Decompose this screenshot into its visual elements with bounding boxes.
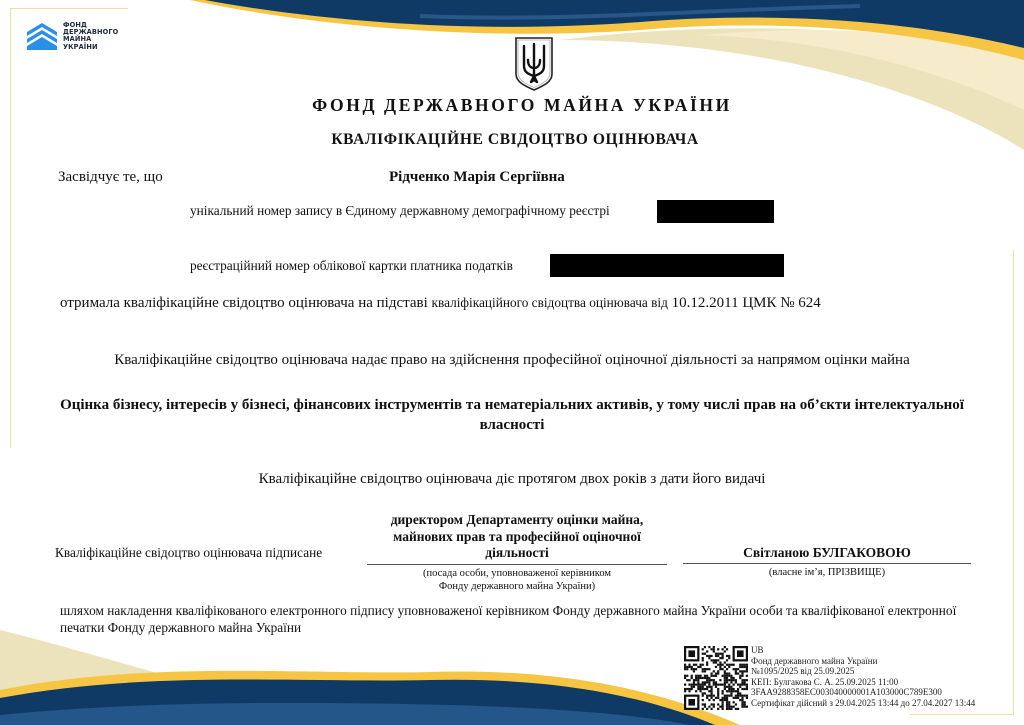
position-underline	[367, 564, 667, 565]
signer-position-block: директором Департаменту оцінки майна, ма…	[367, 512, 667, 594]
stamp-line: 3FAA9288358EC003040000001A103000C789E300	[751, 687, 975, 698]
chevron-stack-icon	[26, 22, 58, 50]
holder-full-name: Рідченко Марія Сергіївна	[389, 169, 565, 186]
basis-statement: отримала кваліфікаційне свідоцтво оцінюв…	[60, 295, 821, 312]
signer-name: Світланою БУЛГАКОВОЮ	[683, 545, 971, 561]
basis-reference: 10.12.2011 ЦМК № 624	[672, 295, 821, 311]
electronic-signature-stamp: UB Фонд державного майна України №1095/2…	[751, 645, 975, 709]
signing-method: шляхом накладення кваліфікованого електр…	[60, 602, 990, 636]
qr-code-icon[interactable]	[684, 646, 748, 710]
signer-name-block: Світланою БУЛГАКОВОЮ (власне ім’я, ПРІЗВ…	[683, 545, 971, 580]
name-underline	[683, 563, 971, 564]
caption-line: Фонду державного майна України)	[367, 580, 667, 594]
frame-left	[10, 8, 11, 448]
logo-line: УКРАЇНИ	[63, 44, 118, 51]
tax-number-redaction	[550, 254, 784, 277]
basis-text-main: отримала кваліфікаційне свідоцтво оцінюв…	[60, 295, 428, 311]
tax-number-label: реєстраційний номер облікової картки пла…	[190, 258, 513, 274]
stamp-line: Сертифікат дійсний з 29.04.2025 13:44 до…	[751, 698, 975, 709]
logo-text: ФОНД ДЕРЖАВНОГО МАЙНА УКРАЇНИ	[63, 22, 118, 51]
basis-text-small: кваліфікаційного свідоцтва оцінювача від	[432, 295, 668, 310]
fund-logo: ФОНД ДЕРЖАВНОГО МАЙНА УКРАЇНИ	[26, 22, 118, 51]
ddr-record-label: унікальний номер запису в Єдиному держав…	[190, 203, 610, 219]
stamp-line: №1095/2025 від 25.09.2025	[751, 666, 975, 677]
frame-bottom-right	[910, 714, 1014, 715]
stamp-line: КЕП: Булгакова С. А. 25.09.2025 11:00	[751, 677, 975, 688]
name-caption: (власне ім’я, ПРІЗВИЩЕ)	[683, 566, 971, 580]
organization-title: ФОНД ДЕРЖАВНОГО МАЙНА УКРАЇНИ	[10, 95, 1024, 116]
stamp-line: Фонд державного майна України	[751, 656, 975, 667]
ddr-record-redaction	[657, 200, 774, 223]
trident-coat-of-arms-icon	[513, 36, 555, 92]
certifies-label: Засвідчує те, що	[58, 169, 163, 186]
stamp-line: UB	[751, 645, 975, 656]
valuation-direction: Оцінка бізнесу, інтересів у бізнесі, фін…	[40, 395, 984, 435]
document-title: КВАЛІФІКАЦІЙНЕ СВІДОЦТВО ОЦІНЮВАЧА	[3, 131, 1024, 149]
caption-line: (посада особи, уповноваженої керівником	[367, 567, 667, 581]
signed-by-label: Кваліфікаційне свідоцтво оцінювача підпи…	[55, 545, 322, 561]
validity-statement: Кваліфікаційне свідоцтво оцінювача діє п…	[0, 471, 1024, 488]
position-caption: (посада особи, уповноваженої керівником …	[367, 567, 667, 594]
grants-statement: Кваліфікаційне свідоцтво оцінювача надає…	[0, 352, 1024, 369]
signer-position: директором Департаменту оцінки майна, ма…	[367, 512, 667, 562]
frame-top-left	[10, 8, 128, 9]
